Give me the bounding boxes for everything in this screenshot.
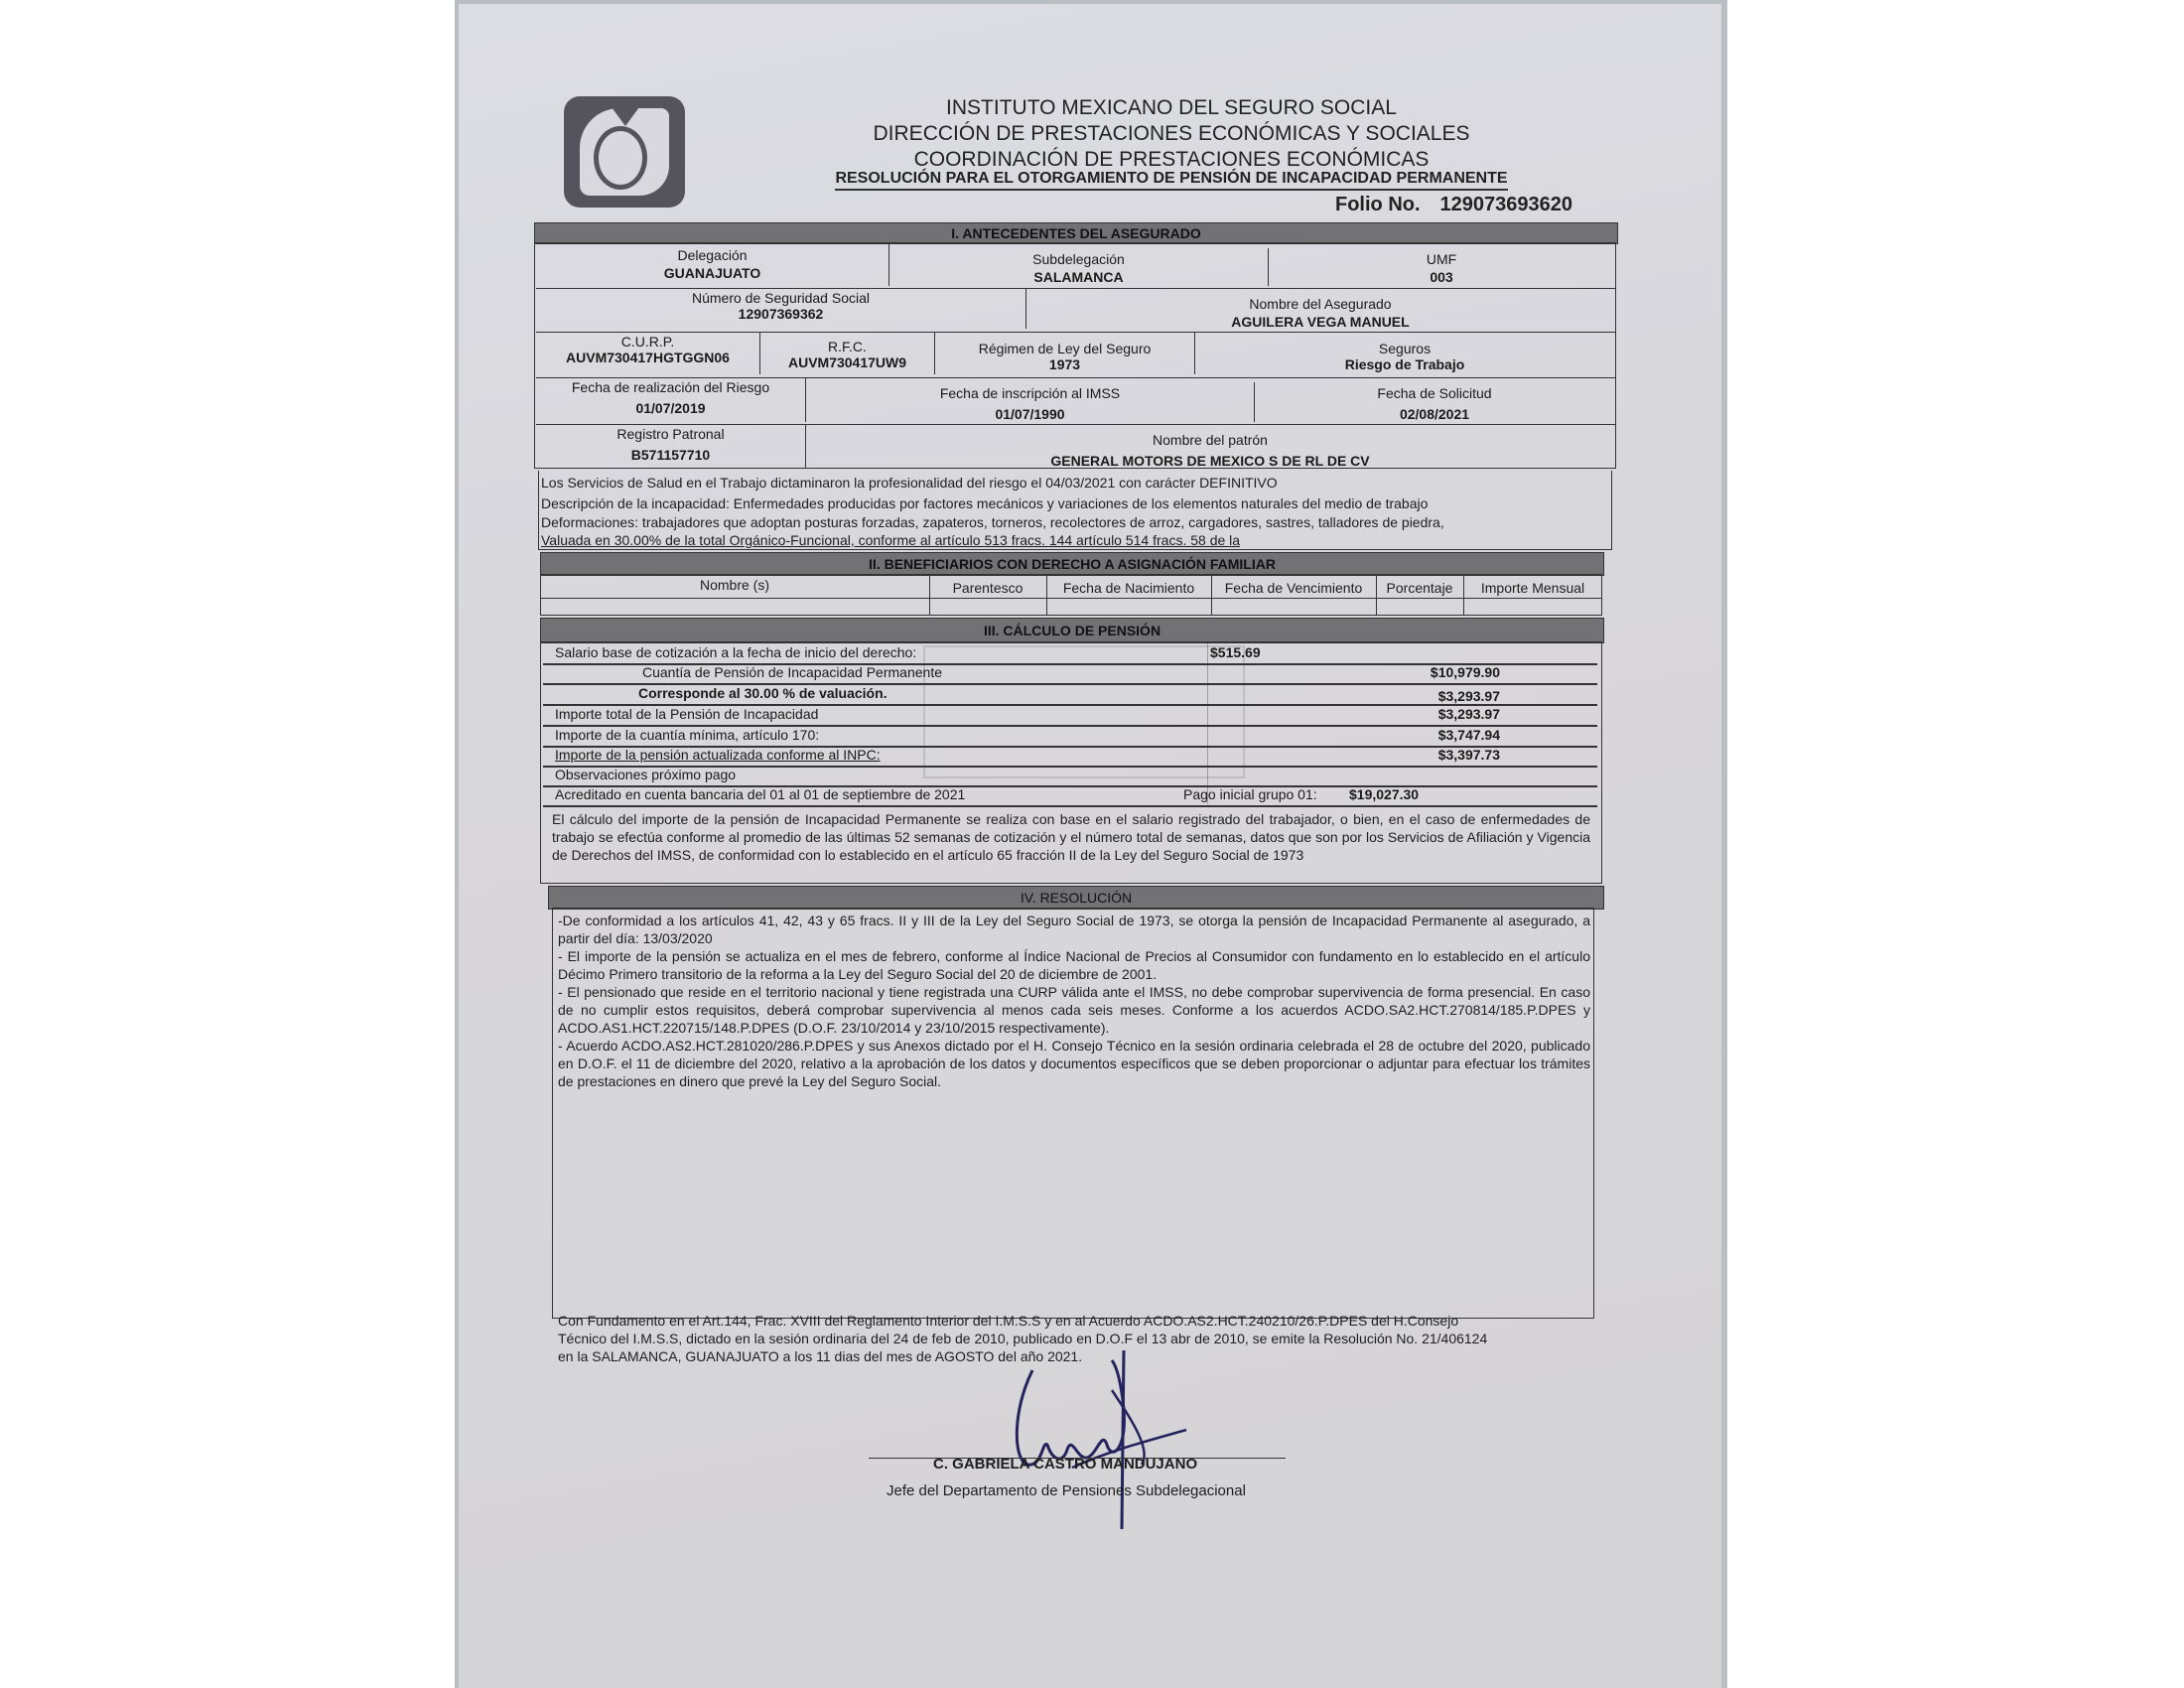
imss-logo-icon bbox=[564, 96, 685, 208]
document-title: RESOLUCIÓN PARA EL OTORGAMIENTO DE PENSI… bbox=[754, 170, 1588, 188]
column-header-nombre: Nombre (s) bbox=[540, 577, 929, 593]
section-3-title: III. CÁLCULO DE PENSIÓN bbox=[540, 618, 1604, 643]
direction-name: DIRECCIÓN DE PRESTACIONES ECONÓMICAS Y S… bbox=[754, 122, 1588, 146]
column-header-porcentaje: Porcentaje bbox=[1376, 580, 1463, 596]
folio-label: Folio No. bbox=[1335, 194, 1421, 215]
signer-name: C. GABRIELA CASTRO MANDUJANO bbox=[933, 1456, 1197, 1473]
field-registro-patronal: Registro PatronalB571157710 bbox=[536, 425, 806, 469]
resolution-paragraph: - Acuerdo ACDO.AS2.HCT.281020/286.P.DPES… bbox=[558, 1037, 1590, 1090]
field-regimen: Régimen de Ley del Seguro1973 bbox=[935, 333, 1195, 374]
fundamento-line-2: Técnico del I.M.S.S, dictado en la sesió… bbox=[558, 1331, 1487, 1346]
calc-row-cuantia-minima: Importe de la cuantía mínima, artículo 1… bbox=[543, 726, 1597, 748]
deformaciones-text: Deformaciones: trabajadores que adoptan … bbox=[541, 514, 1444, 530]
resolution-paragraph: -De conformidad a los artículos 41, 42, … bbox=[558, 912, 1590, 947]
calc-row-acreditado: Acreditado en cuenta bancaria del 01 al … bbox=[543, 785, 1597, 807]
resolution-paragraph: - El pensionado que reside en el territo… bbox=[558, 983, 1590, 1037]
column-header-parentesco: Parentesco bbox=[929, 580, 1046, 596]
folio: Folio No.129073693620 bbox=[1335, 194, 1572, 216]
field-seguros: SegurosRiesgo de Trabajo bbox=[1195, 333, 1614, 374]
field-curp: C.U.R.P.AUVM730417HGTGGN06 bbox=[536, 333, 760, 374]
dictamen-text: Los Servicios de Salud en el Trabajo dic… bbox=[541, 475, 1278, 491]
institution-name: INSTITUTO MEXICANO DEL SEGURO SOCIAL bbox=[754, 96, 1588, 120]
field-rfc: R.F.C.AUVM730417UW9 bbox=[760, 333, 935, 374]
resolution-paragraph: - El importe de la pensión se actualiza … bbox=[558, 947, 1590, 983]
valuada-text: Valuada en 30.00% de la total Orgánico-F… bbox=[541, 532, 1240, 548]
section-4-title: IV. RESOLUCIÓN bbox=[548, 886, 1604, 910]
calc-row-cuantia: Cuantía de Pensión de Incapacidad Perman… bbox=[543, 663, 1597, 685]
calc-row-importe-total: Importe total de la Pensión de Incapacid… bbox=[543, 705, 1597, 727]
field-nss: Número de Seguridad Social12907369362 bbox=[536, 289, 1026, 329]
fundamento-line-1: Con Fundamento en el Art.144, Frac. XVII… bbox=[558, 1313, 1458, 1329]
background-left bbox=[0, 0, 457, 1688]
field-fecha-riesgo: Fecha de realización del Riesgo01/07/201… bbox=[536, 378, 806, 422]
field-nombre-asegurado: Nombre del AseguradoAGUILERA VEGA MANUEL bbox=[1026, 293, 1614, 329]
coordination-name: COORDINACIÓN DE PRESTACIONES ECONÓMICAS bbox=[754, 148, 1588, 172]
calc-row-corresponde: Corresponde al 30.00 % de valuación. $3,… bbox=[543, 684, 1597, 706]
folio-number: 129073693620 bbox=[1440, 194, 1572, 215]
column-header-importe-mensual: Importe Mensual bbox=[1463, 580, 1602, 596]
signer-title: Jefe del Departamento de Pensiones Subde… bbox=[887, 1482, 1246, 1499]
resolution-paragraphs: -De conformidad a los artículos 41, 42, … bbox=[558, 912, 1590, 1090]
fundamento-line-3: en la SALAMANCA, GUANAJUATO a los 11 dia… bbox=[558, 1348, 1082, 1364]
background-right bbox=[1727, 0, 2184, 1688]
calc-row-observaciones: Observaciones próximo pago bbox=[543, 766, 1597, 787]
field-delegacion: DelegaciónGUANAJUATO bbox=[536, 244, 889, 286]
field-umf: UMF003 bbox=[1269, 248, 1614, 286]
descripcion-text: Descripción de la incapacidad: Enfermeda… bbox=[541, 495, 1428, 511]
field-fecha-inscripcion: Fecha de inscripción al IMSS01/07/1990 bbox=[806, 382, 1255, 422]
calc-row-salario-base: Salario base de cotización a la fecha de… bbox=[543, 643, 1597, 665]
section-1-title: I. ANTECEDENTES DEL ASEGURADO bbox=[534, 222, 1618, 244]
calculation-note: El cálculo del importe de la pensión de … bbox=[552, 810, 1590, 864]
field-nombre-patron: Nombre del patrónGENERAL MOTORS DE MEXIC… bbox=[806, 429, 1614, 469]
handwritten-signature-icon bbox=[1013, 1350, 1211, 1529]
field-fecha-solicitud: Fecha de Solicitud02/08/2021 bbox=[1255, 382, 1614, 422]
column-header-fecha-vencimiento: Fecha de Vencimiento bbox=[1211, 580, 1376, 596]
field-subdelegacion: SubdelegaciónSALAMANCA bbox=[889, 248, 1269, 286]
calc-row-actualizada: Importe de la pensión actualizada confor… bbox=[543, 746, 1597, 768]
column-header-fecha-nacimiento: Fecha de Nacimiento bbox=[1046, 580, 1211, 596]
section-2-title: II. BENEFICIARIOS CON DERECHO A ASIGNACI… bbox=[540, 552, 1604, 576]
